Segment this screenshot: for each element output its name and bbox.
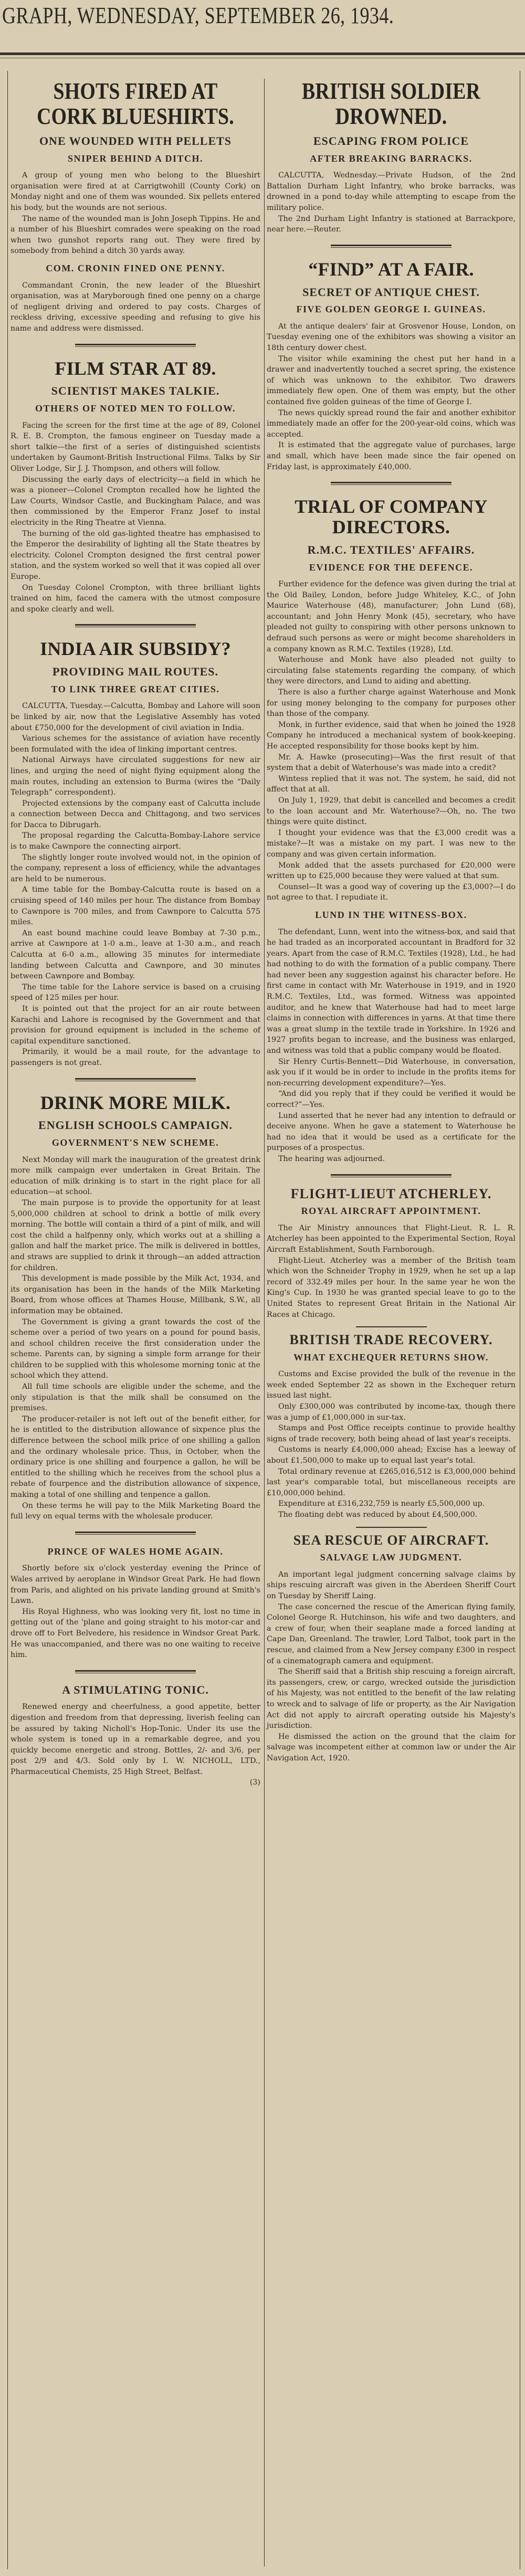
- paragraph: The hearing was adjourned.: [267, 1154, 516, 1165]
- paragraph: Stamps and Post Office receipts continue…: [267, 1423, 516, 1444]
- paragraph: Wintess replied that it was not. The sys…: [267, 774, 516, 795]
- masthead-rule-thin: [0, 58, 525, 58]
- paragraph: CALCUTTA, Tuesday.—Calcutta, Bombay and …: [10, 701, 260, 733]
- paragraph: Mr. A. Hawke (prosecuting)—Was the first…: [267, 752, 516, 774]
- article-divider: [75, 1670, 196, 1673]
- article-body: CALCUTTA, Tuesday.—Calcutta, Bombay and …: [10, 701, 260, 1068]
- deck: AFTER BREAKING BARRACKS.: [267, 153, 516, 164]
- deck: SCIENTIST MAKES TALKIE.: [10, 386, 260, 397]
- paragraph: The main purpose is to provide the oppor…: [10, 1198, 260, 1273]
- paragraph: Facing the screen for the first time at …: [10, 420, 260, 474]
- paragraph: Counsel—It was a good way of covering up…: [267, 882, 516, 903]
- article-divider: [75, 344, 196, 347]
- paragraph: The floating debt was reduced by about £…: [267, 1509, 516, 1521]
- paragraph: The defendant, Lunn, went into the witne…: [267, 927, 516, 1057]
- article-prince-of-wales: PRINCE OF WALES HOME AGAIN. Shortly befo…: [10, 1546, 260, 1661]
- deck: SECRET OF ANTIQUE CHEST.: [267, 287, 516, 298]
- paragraph: Lund asserted that he never had any inte…: [267, 1111, 516, 1154]
- article-divider: [356, 1527, 427, 1528]
- paragraph: The case concerned the rescue of the Ame…: [267, 1602, 516, 1667]
- headline: DRINK MORE MILK.: [10, 1093, 260, 1113]
- paragraph: CALCUTTA, Wednesday.—Private Hudson, of …: [267, 170, 516, 213]
- paragraph: The Air Ministry announces that Flight-L…: [267, 1223, 516, 1255]
- article-body: CALCUTTA, Wednesday.—Private Hudson, of …: [267, 170, 516, 235]
- deck: EVIDENCE FOR THE DEFENCE.: [267, 562, 516, 573]
- article-divider: [75, 624, 196, 627]
- paragraph: Total ordinary revenue at £265,016,512 i…: [267, 1466, 516, 1499]
- paragraph: The visitor while examining the chest pu…: [267, 354, 516, 408]
- paragraph: The burning of the old gas-lighted theat…: [10, 529, 260, 583]
- paragraph: The Sheriff said that a British ship res…: [267, 1666, 516, 1732]
- article-body: The defendant, Lunn, went into the witne…: [267, 927, 516, 1165]
- deck: ENGLISH SCHOOLS CAMPAIGN.: [10, 1120, 260, 1131]
- paragraph: The time table for the Lahore service is…: [10, 982, 260, 1004]
- article-cork-blueshirts: SHOTS FIRED AT CORK BLUESHIRTS. ONE WOUN…: [10, 79, 260, 334]
- article-soldier-drowned: BRITISH SOLDIER DROWNED. ESCAPING FROM P…: [267, 79, 516, 235]
- subheading: LUND IN THE WITNESS-BOX.: [267, 910, 516, 921]
- headline: TRIAL OF COMPANY DIRECTORS.: [267, 497, 516, 537]
- paragraph: Next Monday will mark the inauguration o…: [10, 1155, 260, 1198]
- paragraph: “And did you reply that if they could be…: [267, 1089, 516, 1110]
- article-sea-rescue: SEA RESCUE OF AIRCRAFT. SALVAGE LAW JUDG…: [267, 1535, 516, 1764]
- deck: ROYAL AIRCRAFT APPOINTMENT.: [267, 1206, 516, 1217]
- paragraph: The news quickly spread round the fair a…: [267, 408, 516, 440]
- advert-tag: (3): [10, 1777, 260, 1788]
- paragraph: This development is made possible by the…: [10, 1273, 260, 1316]
- article-body: Shortly before six o'clock yesterday eve…: [10, 1563, 260, 1660]
- advert-stimulating-tonic: A STIMULATING TONIC. Renewed energy and …: [10, 1685, 260, 1788]
- article-india-air: INDIA AIR SUBSIDY? PROVIDING MAIL ROUTES…: [10, 639, 260, 1068]
- right-column: BRITISH SOLDIER DROWNED. ESCAPING FROM P…: [267, 79, 516, 1764]
- article-body: Further evidence for the defence was giv…: [267, 579, 516, 903]
- paragraph: Commandant Cronin, the new leader of the…: [10, 280, 260, 334]
- headline: “FIND” AT A FAIR.: [267, 259, 516, 280]
- paragraph: National Airways have circulated suggest…: [10, 755, 260, 798]
- deck: GOVERNMENT'S NEW SCHEME.: [10, 1137, 260, 1148]
- headline: SEA RESCUE OF AIRCRAFT.: [267, 1535, 516, 1546]
- paragraph: All full time schools are eligible under…: [10, 1381, 260, 1414]
- paragraph: On these terms he will pay to the Milk M…: [10, 1501, 260, 1522]
- deck: SALVAGE LAW JUDGMENT.: [267, 1552, 516, 1563]
- paragraph: The name of the wounded man is John Jose…: [10, 214, 260, 257]
- article-divider: [331, 1174, 451, 1177]
- deck: PROVIDING MAIL ROUTES.: [10, 667, 260, 678]
- paragraph: Only £300,000 was contributed by income-…: [267, 1401, 516, 1423]
- deck: ESCAPING FROM POLICE: [267, 136, 516, 147]
- paragraph: It is pointed out that the project for a…: [10, 1004, 260, 1047]
- article-body: Renewed energy and cheerfulness, a good …: [10, 1702, 260, 1777]
- paragraph: Various schemes for the assistance of av…: [10, 733, 260, 755]
- article-divider: [331, 482, 451, 485]
- paragraph: Flight-Lieut. Atcherley was a member of …: [267, 1255, 516, 1321]
- article-film-star: FILM STAR AT 89. SCIENTIST MAKES TALKIE.…: [10, 358, 260, 615]
- paragraph: Shortly before six o'clock yesterday eve…: [10, 1563, 260, 1606]
- headline: FLIGHT-LIEUT ATCHERLEY.: [267, 1189, 516, 1200]
- paragraph: He dismissed the action on the ground th…: [267, 1732, 516, 1764]
- paragraph: A time table for the Bombay-Calcutta rou…: [10, 884, 260, 927]
- article-body: The Air Ministry announces that Flight-L…: [267, 1223, 516, 1320]
- paragraph: It is estimated that the aggregate value…: [267, 440, 516, 472]
- paragraph: The proposal regarding the Calcutta-Bomb…: [10, 830, 260, 852]
- headline: BRITISH TRADE RECOVERY.: [267, 1335, 516, 1346]
- paragraph: Waterhouse and Monk have also pleaded no…: [267, 654, 516, 687]
- article-trial-directors: TRIAL OF COMPANY DIRECTORS. R.M.C. TEXTI…: [267, 497, 516, 1164]
- deck: FIVE GOLDEN GEORGE I. GUINEAS.: [267, 304, 516, 315]
- deck: SNIPER BEHIND A DITCH.: [10, 153, 260, 164]
- masthead-title: GRAPH, WEDNESDAY, SEPTEMBER 26, 1934.: [2, 2, 394, 29]
- headline: INDIA AIR SUBSIDY?: [10, 639, 260, 659]
- paragraph: Customs is nearly £4,000,000 ahead; Exci…: [267, 1444, 516, 1466]
- paragraph: Expenditure at £316,232,759 is nearly £5…: [267, 1498, 516, 1509]
- paragraph: There is also a further charge against W…: [267, 687, 516, 720]
- article-divider: [356, 1326, 427, 1327]
- column-rule-center: [264, 79, 265, 2567]
- paragraph: An important legal judgment concerning s…: [267, 1569, 516, 1602]
- headline: PRINCE OF WALES HOME AGAIN.: [10, 1546, 260, 1557]
- headline: BRITISH SOLDIER DROWNED.: [284, 79, 498, 129]
- paragraph: At the antique dealers' fair at Grosveno…: [267, 321, 516, 354]
- paragraph: On Tuesday Colonel Crompton, with three …: [10, 583, 260, 615]
- column-rule-left: [7, 71, 8, 2569]
- article-body: An important legal judgment concerning s…: [267, 1569, 516, 1764]
- paragraph: A group of young men who belong to the B…: [10, 170, 260, 213]
- paragraph: The Government is giving a grant towards…: [10, 1317, 260, 1382]
- headline: A STIMULATING TONIC.: [10, 1685, 260, 1696]
- paragraph: His Royal Highness, who was looking very…: [10, 1607, 260, 1661]
- article-divider: [75, 1532, 196, 1535]
- paragraph: I thought your evidence was that the £3,…: [267, 828, 516, 860]
- paragraph: Discussing the early days of electricity…: [10, 474, 260, 529]
- paragraph: On July 1, 1929, that debit is cancelled…: [267, 795, 516, 828]
- article-body: Next Monday will mark the inauguration o…: [10, 1155, 260, 1522]
- left-column: SHOTS FIRED AT CORK BLUESHIRTS. ONE WOUN…: [10, 79, 260, 1788]
- paragraph: Primarily, it would be a mail route, for…: [10, 1047, 260, 1068]
- paragraph: Customs and Excise provided the bulk of …: [267, 1369, 516, 1401]
- paragraph: Monk, in further evidence, said that whe…: [267, 720, 516, 752]
- paragraph: Renewed energy and cheerfulness, a good …: [10, 1702, 260, 1777]
- deck: ONE WOUNDED WITH PELLETS: [10, 136, 260, 147]
- paragraph: The producer-retailer is not left out of…: [10, 1414, 260, 1501]
- article-divider: [75, 1078, 196, 1081]
- headline: FILM STAR AT 89.: [10, 358, 260, 379]
- paragraph: Sir Henry Curtis-Bennett—Did Waterhouse,…: [267, 1057, 516, 1089]
- article-body: Commandant Cronin, the new leader of the…: [10, 280, 260, 334]
- paragraph: The 2nd Durham Light Infantry is station…: [267, 214, 516, 235]
- article-drink-milk: DRINK MORE MILK. ENGLISH SCHOOLS CAMPAIG…: [10, 1093, 260, 1522]
- paragraph: Monk added that the assets purchased for…: [267, 860, 516, 882]
- deck: OTHERS OF NOTED MEN TO FOLLOW.: [10, 403, 260, 414]
- column-rule-right: [520, 71, 520, 2569]
- article-body: A group of young men who belong to the B…: [10, 170, 260, 257]
- article-body: At the antique dealers' fair at Grosveno…: [267, 321, 516, 472]
- article-find-at-fair: “FIND” AT A FAIR. SECRET OF ANTIQUE CHES…: [267, 259, 516, 472]
- paragraph: Projected extensions by the company east…: [10, 798, 260, 831]
- headline: SHOTS FIRED AT CORK BLUESHIRTS.: [28, 79, 243, 129]
- paragraph: The slightly longer route involved would…: [10, 852, 260, 885]
- masthead: GRAPH, WEDNESDAY, SEPTEMBER 26, 1934.: [0, 0, 525, 52]
- article-trade-recovery: BRITISH TRADE RECOVERY. WHAT EXCHEQUER R…: [267, 1335, 516, 1521]
- deck: R.M.C. TEXTILES' AFFAIRS.: [267, 545, 516, 556]
- paragraph: An east bound machine could leave Bombay…: [10, 928, 260, 982]
- deck: WHAT EXCHEQUER RETURNS SHOW.: [267, 1352, 516, 1363]
- article-body: Customs and Excise provided the bulk of …: [267, 1369, 516, 1520]
- deck: TO LINK THREE GREAT CITIES.: [10, 684, 260, 695]
- article-body: Facing the screen for the first time at …: [10, 420, 260, 615]
- masthead-rule: [0, 52, 525, 55]
- article-divider: [331, 245, 451, 248]
- subheading: COM. CRONIN FINED ONE PENNY.: [10, 263, 260, 274]
- paragraph: Further evidence for the defence was giv…: [267, 579, 516, 654]
- article-atcherley: FLIGHT-LIEUT ATCHERLEY. ROYAL AIRCRAFT A…: [267, 1189, 516, 1321]
